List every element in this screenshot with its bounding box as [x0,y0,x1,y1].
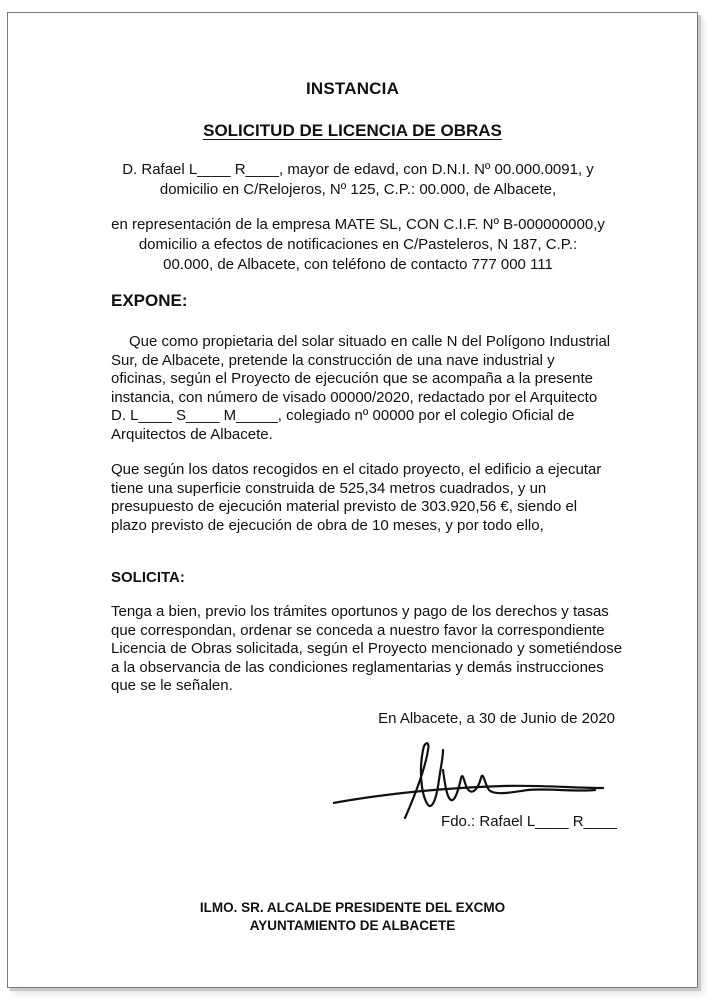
company-line: 00.000, de Albacete, con teléfono de con… [108,255,608,275]
paragraph-line: oficinas, según el Proyecto de ejecución… [111,370,631,389]
paragraph-line: que se le señalen. [111,677,631,696]
paragraph-line: Que como propietaria del solar situado e… [111,333,631,352]
paragraph-line: plazo previsto de ejecución de obra de 1… [111,517,631,536]
document-title: INSTANCIA [8,79,697,99]
company-line: domicilio a efectos de notificaciones en… [108,235,608,255]
company-block: en representación de la empresa MATE SL,… [108,215,608,275]
applicant-line: domicilio en C/Relojeros, Nº 125, C.P.: … [108,180,608,200]
applicant-block: D. Rafael L____ R____, mayor de edavd, c… [108,160,608,200]
paragraph-line: a la observancia de las condiciones regl… [111,659,631,678]
paragraph-line: tiene una superficie construida de 525,3… [111,480,631,499]
paragraph-line: Arquitectos de Albacete. [111,426,631,445]
document-subtitle: SOLICITUD DE LICENCIA DE OBRAS [8,121,697,141]
paragraph-line: instancia, con número de visado 00000/20… [111,389,631,408]
addressee-line: AYUNTAMIENTO DE ALBACETE [8,917,697,935]
solicita-heading: SOLICITA: [111,569,185,586]
paragraph-line: Licencia de Obras solicitada, según el P… [111,640,631,659]
paragraph-line: que correspondan, ordenar se conceda a n… [111,622,631,641]
expone-paragraph-2: Que según los datos recogidos en el cita… [111,461,631,535]
addressee-line: ILMO. SR. ALCALDE PRESIDENTE DEL EXCMO [8,899,697,917]
company-line: en representación de la empresa MATE SL,… [108,215,608,235]
paragraph-line: Que según los datos recogidos en el cita… [111,461,631,480]
paragraph-line: D. L____ S____ M_____, colegiado nº 0000… [111,407,631,426]
paragraph-line: Tenga a bien, previo los trámites oportu… [111,603,631,622]
signed-by: Fdo.: Rafael L____ R____ [441,813,617,830]
expone-paragraph-1: Que como propietaria del solar situado e… [111,333,631,444]
paragraph-line: Sur, de Albacete, pretende la construcci… [111,352,631,371]
document-page: INSTANCIA SOLICITUD DE LICENCIA DE OBRAS… [7,12,698,988]
expone-heading: EXPONE: [111,291,188,311]
solicita-paragraph: Tenga a bien, previo los trámites oportu… [111,603,631,696]
applicant-line: D. Rafael L____ R____, mayor de edavd, c… [108,160,608,180]
addressee-block: ILMO. SR. ALCALDE PRESIDENTE DEL EXCMO A… [8,899,697,935]
paragraph-line: presupuesto de ejecución material previs… [111,498,631,517]
date-line: En Albacete, a 30 de Junio de 2020 [378,710,615,727]
